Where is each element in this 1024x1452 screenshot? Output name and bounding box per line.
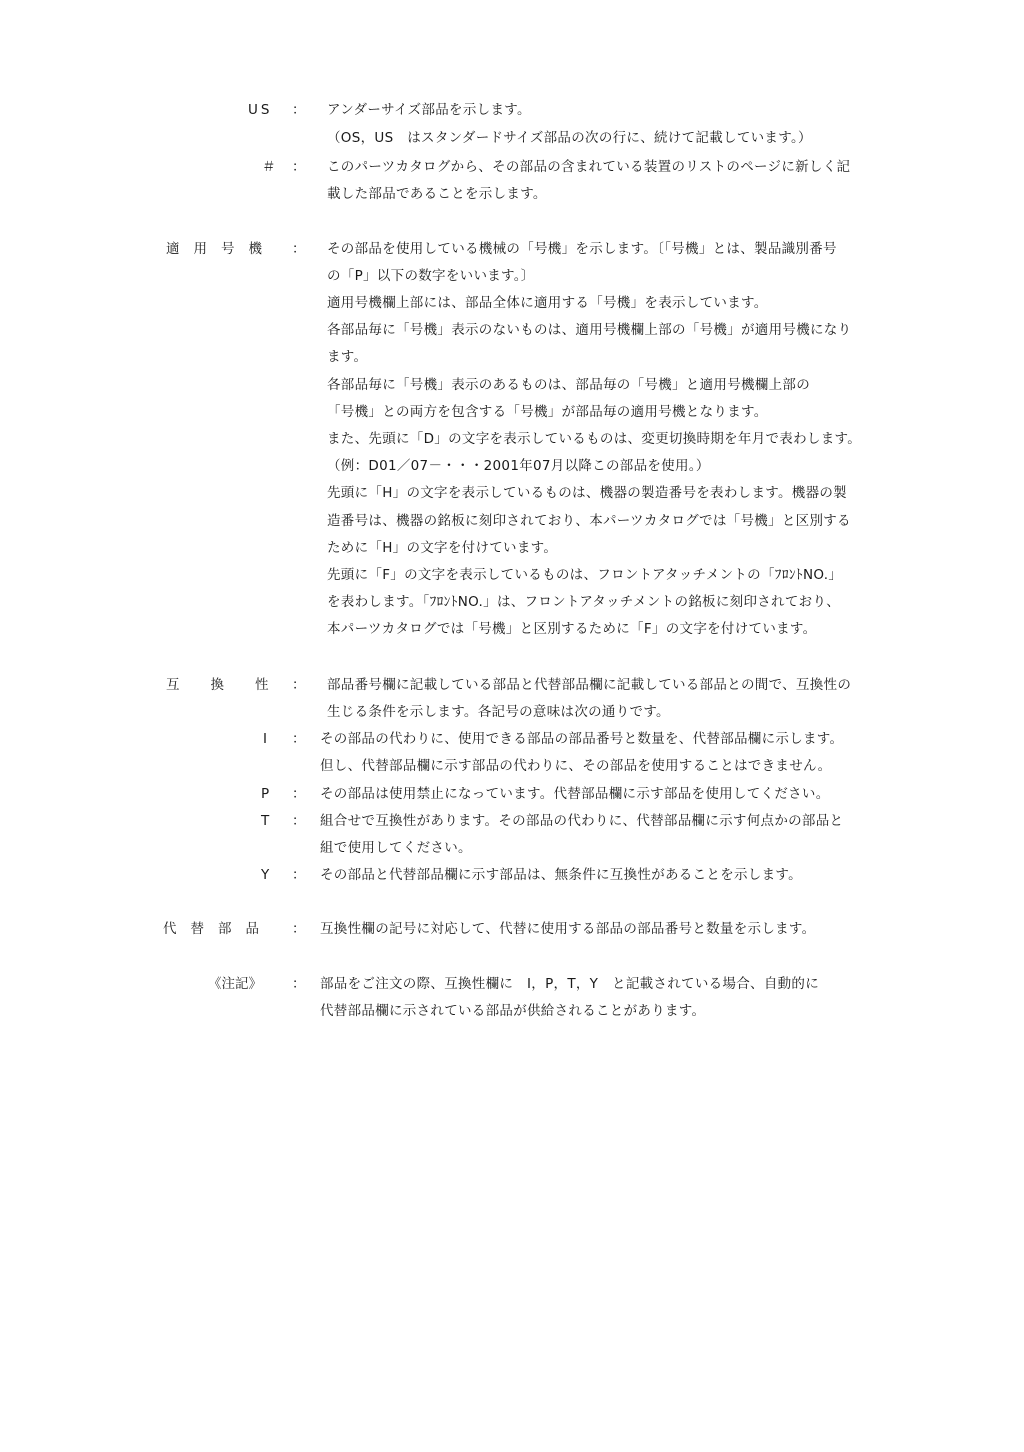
term-label-note: 《注記》 xyxy=(208,975,262,993)
colon: ： xyxy=(292,812,306,830)
definition-line: （OS，US はスタンダードサイズ部品の次の行に、続けて記載しています。） xyxy=(327,129,812,147)
definition-line: ために「H」の文字を付けています。 xyxy=(327,539,557,557)
colon: ： xyxy=(292,676,306,694)
term-label-new-mark: ＃ xyxy=(262,158,276,176)
definition-line: 本パーツカタログでは「号機」と区別するために「F」の文字を付けています。 xyxy=(327,620,816,638)
definition-line: 各部品毎に「号機」表示のあるものは、部品毎の「号機」と適用号機欄上部の xyxy=(327,376,810,394)
definition-line: 代替部品欄に示されている部品が供給されることがあります。 xyxy=(320,1002,705,1020)
definition-line: 造番号は、機器の銘板に刻印されており、本パーツカタログでは「号機」と区別する xyxy=(327,512,851,530)
definition-line: 生じる条件を示します。各記号の意味は次の通りです。 xyxy=(327,703,670,721)
colon: ： xyxy=(292,158,306,176)
definition-line: その部品は使用禁止になっています。代替部品欄に示す部品を使用してください。 xyxy=(320,785,830,803)
colon: ： xyxy=(292,785,306,803)
definition-line: 互換性欄の記号に対応して、代替に使用する部品の部品番号と数量を示します。 xyxy=(320,920,815,938)
definition-line: このパーツカタログから、その部品の含まれている装置のリストのページに新しく記 xyxy=(327,158,850,176)
colon: ： xyxy=(292,975,306,993)
code-label-t: T xyxy=(261,812,269,830)
colon: ： xyxy=(292,240,306,258)
definition-line: 組で使用してください。 xyxy=(320,839,472,857)
definition-line: 但し、代替部品欄に示す部品の代わりに、その部品を使用することはできません。 xyxy=(320,757,831,775)
definition-line: 組合せで互換性があります。その部品の代わりに、代替部品欄に示す何点かの部品と xyxy=(320,812,843,830)
definition-line: 載した部品であることを示します。 xyxy=(327,185,547,203)
colon: ： xyxy=(292,730,306,748)
definition-line: 各部品毎に「号機」表示のないものは、適用号機欄上部の「号機」が適用号機になり xyxy=(327,321,851,339)
code-label-i: I xyxy=(263,730,267,748)
definition-line: 部品をご注文の際、互換性欄に I，P，T，Y と記載されている場合、自動的に xyxy=(320,975,819,993)
term-label-interchangeability: 互換性 xyxy=(166,676,300,694)
definition-line: 先頭に「H」の文字を表示しているものは、機器の製造番号を表わします。機器の製 xyxy=(327,484,847,502)
definition-line: （例：D01／07－・・・2001年07月以降この部品を使用。） xyxy=(327,457,710,475)
term-label-us: US xyxy=(248,101,272,119)
definition-line: ます。 xyxy=(327,348,367,366)
definition-line: その部品の代わりに、使用できる部品の部品番号と数量を、代替部品欄に示します。 xyxy=(320,730,843,748)
definition-line: を表わします。「ﾌﾛﾝﾄNO.」は、フロントアタッチメントの銘板に刻印されており… xyxy=(327,593,840,611)
term-label-substitute-part: 代替部品 xyxy=(163,920,273,938)
definition-line: の「P」以下の数字をいいます。〕 xyxy=(327,267,535,285)
definition-line: その部品と代替部品欄に示す部品は、無条件に互換性があることを示します。 xyxy=(320,866,802,884)
code-label-p: P xyxy=(261,785,269,803)
definition-line: 先頭に「F」の文字を表示しているものは、フロントアタッチメントの「ﾌﾛﾝﾄNO.… xyxy=(327,566,842,584)
definition-line: 部品番号欄に記載している部品と代替部品欄に記載している部品との間で、互換性の xyxy=(327,676,851,694)
definition-line: また、先頭に「D」の文字を表示しているものは、変更切換時期を年月で表わします。 xyxy=(327,430,861,448)
term-label-applicable-serial: 適用号機 xyxy=(166,240,276,258)
definition-line: 「号機」との両方を包含する「号機」が部品毎の適用号機となります。 xyxy=(327,403,768,421)
colon: ： xyxy=(292,920,306,938)
colon: ： xyxy=(292,101,306,119)
colon: ： xyxy=(292,866,306,884)
definition-line: アンダーサイズ部品を示します。 xyxy=(327,101,531,119)
code-label-y: Y xyxy=(261,866,269,884)
definition-line: 適用号機欄上部には、部品全体に適用する「号機」を表示しています。 xyxy=(327,294,768,312)
definition-line: その部品を使用している機械の「号機」を示します。〔「号機」とは、製品識別番号 xyxy=(327,240,837,258)
